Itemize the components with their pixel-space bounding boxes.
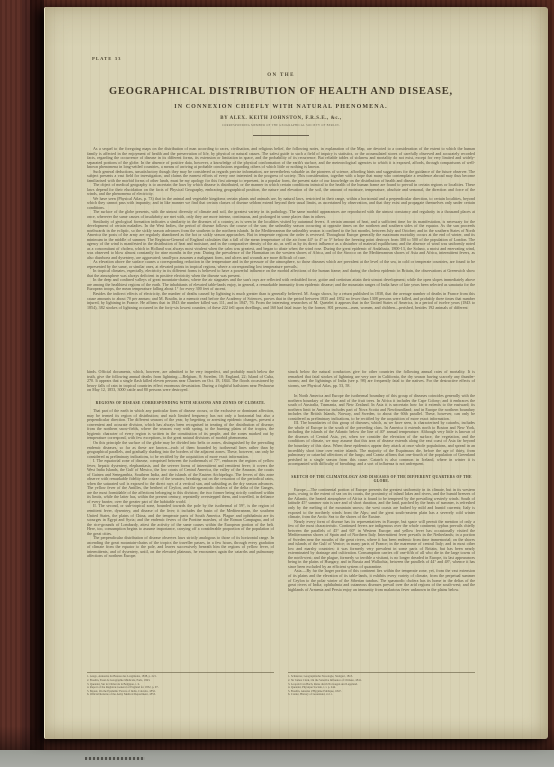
author-byline: BY ALEX. KEITH JOHNSTON, F.R.S.E., &c., xyxy=(87,116,475,121)
intro-paragraph: The object of medical geography is to as… xyxy=(87,183,475,197)
scanner-background-strip xyxy=(0,750,554,767)
body-paragraph: That part of the earth in which any part… xyxy=(87,409,274,441)
body-paragraph: In North America and Europe the isotherm… xyxy=(288,394,475,421)
intro-paragraph: As a sequel to the foregoing maps on the… xyxy=(87,147,475,170)
body-paragraph: The perpendicular distribution of diseas… xyxy=(87,536,274,559)
page-subtitle: IN CONNEXION CHIEFLY WITH NATURAL PHENOM… xyxy=(87,104,475,110)
right-column-body: Europe.—The continental portion of Europ… xyxy=(288,488,475,668)
body-paragraph: Nearly every form of disease has its rep… xyxy=(288,520,475,570)
body-paragraph: II. The second, or sub-tropical zone, bo… xyxy=(87,504,274,536)
left-footnotes: 1. Arago, Annuaire du Bureau des Longitu… xyxy=(87,672,274,697)
document-page: PLATE 33 ON THE GEOGRAPHICAL DISTRIBUTIO… xyxy=(44,7,548,739)
intro-paragraph: Such general deductions, unsatisfactory … xyxy=(87,170,475,184)
continuation-paragraph: kinds. Official documents, which, howeve… xyxy=(87,370,274,393)
intro-paragraph: We have seen (Physical Atlas, p. 73) tha… xyxy=(87,197,475,211)
intro-paragraph: In the deep and confined valleys of grea… xyxy=(87,278,475,292)
footnote: 6. Official Returns of the Army Medical … xyxy=(87,693,274,697)
introduction-text-block: As a sequel to the foregoing maps on the… xyxy=(87,147,475,366)
left-column-continuation: kinds. Official documents, which, howeve… xyxy=(87,370,274,393)
left-column: kinds. Official documents, which, howeve… xyxy=(87,370,274,697)
body-paragraph: I. The equatorial zone of disease, compr… xyxy=(87,459,274,504)
page-title: GEOGRAPHICAL DISTRIBUTION OF HEALTH AND … xyxy=(87,86,475,97)
footnote: 6. Crantz, History of Greenland, vol. i. xyxy=(288,693,475,697)
author-affiliation: CORRESPONDING MEMBER OF THE GEOGRAPHICAL… xyxy=(87,124,475,127)
continuation-paragraph: struck below the natural conductors give… xyxy=(288,370,475,388)
right-footnotes: 1. Schnurrer, Geographische Nosologie, S… xyxy=(288,672,475,697)
title-kicker: ON THE xyxy=(87,73,475,78)
page-content: ON THE GEOGRAPHICAL DISTRIBUTION OF HEAL… xyxy=(87,7,475,697)
scanned-atlas-page: PLATE 33 ON THE GEOGRAPHICAL DISTRIBUTIO… xyxy=(0,0,554,767)
right-section-heading: SKETCH OF THE CLIMATOLOGY AND DISEASES O… xyxy=(290,475,473,484)
scan-credit-smudge xyxy=(85,757,145,760)
body-paragraph: Europe.—The continental portion of Europ… xyxy=(288,488,475,520)
left-column-body: That part of the earth in which any part… xyxy=(87,409,274,668)
header-divider-rule xyxy=(253,135,309,136)
intro-paragraph: Similarity of geological formation indic… xyxy=(87,220,475,261)
body-paragraph: On this principle the surface of the glo… xyxy=(87,441,274,459)
body-paragraph: Asia.—By far the larger portion of this … xyxy=(288,569,475,592)
left-section-heading: REGIONS OF DISEASE CORRESPONDING WITH SE… xyxy=(89,401,272,406)
body-paragraph: III. The boundaries of this group of dis… xyxy=(288,421,475,466)
right-column: struck below the natural conductors give… xyxy=(288,370,475,697)
right-column-upper-body: In North America and Europe the isotherm… xyxy=(288,394,475,467)
right-column-continuation: struck below the natural conductors give… xyxy=(288,370,475,388)
intro-paragraph: Besides the indirect effects of electric… xyxy=(87,292,475,310)
two-column-section: kinds. Official documents, which, howeve… xyxy=(87,370,475,697)
